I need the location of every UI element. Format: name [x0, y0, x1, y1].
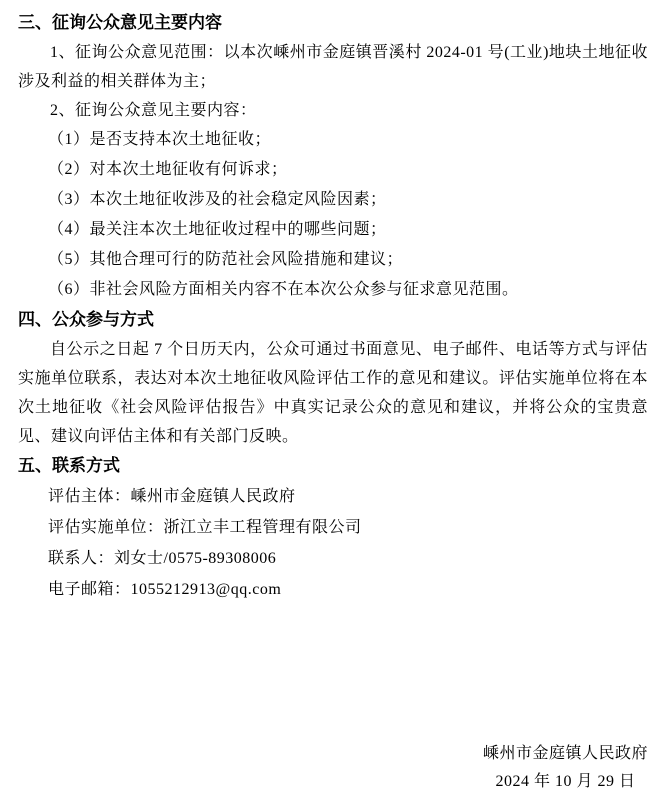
list-item-6: （6）非社会风险方面相关内容不在本次公众参与征求意见范围。: [48, 275, 648, 305]
section3-scope-paragraph: 1、征询公众意见范围：以本次嵊州市金庭镇晋溪村 2024-01 号(工业)地块土…: [18, 38, 648, 96]
list-item-2: （2）对本次土地征收有何诉求；: [48, 155, 648, 185]
section3-item-list: （1）是否支持本次土地征收； （2）对本次土地征收有何诉求； （3）本次土地征收…: [18, 125, 648, 305]
signature-org: 嵊州市金庭镇人民政府: [483, 740, 648, 768]
contact-person-phone: 联系人：刘女士/0575-89308006: [48, 543, 648, 574]
section3-heading: 三、征询公众意见主要内容: [18, 8, 648, 38]
signature-date: 2024 年 10 月 29 日: [483, 768, 648, 796]
list-item-4: （4）最关注本次土地征收过程中的哪些问题；: [48, 215, 648, 245]
contact-email: 电子邮箱：1055212913@qq.com: [48, 574, 648, 605]
contact-implementing-unit: 评估实施单位：浙江立丰工程管理有限公司: [48, 512, 648, 543]
section4-paragraph: 自公示之日起 7 个日历天内，公众可通过书面意见、电子邮件、电话等方式与评估实施…: [18, 335, 648, 451]
signature-block: 嵊州市金庭镇人民政府 2024 年 10 月 29 日: [483, 740, 648, 796]
list-item-3: （3）本次土地征收涉及的社会稳定风险因素；: [48, 185, 648, 215]
section4-heading: 四、公众参与方式: [18, 305, 648, 335]
contact-evaluation-subject: 评估主体：嵊州市金庭镇人民政府: [48, 481, 648, 512]
list-item-1: （1）是否支持本次土地征收；: [48, 125, 648, 155]
contact-info: 评估主体：嵊州市金庭镇人民政府 评估实施单位：浙江立丰工程管理有限公司 联系人：…: [18, 481, 648, 605]
section5-heading: 五、联系方式: [18, 451, 648, 481]
section3-content-intro: 2、征询公众意见主要内容：: [18, 96, 648, 125]
document-page: 三、征询公众意见主要内容 1、征询公众意见范围：以本次嵊州市金庭镇晋溪村 202…: [0, 0, 666, 801]
list-item-5: （5）其他合理可行的防范社会风险措施和建议；: [48, 245, 648, 275]
